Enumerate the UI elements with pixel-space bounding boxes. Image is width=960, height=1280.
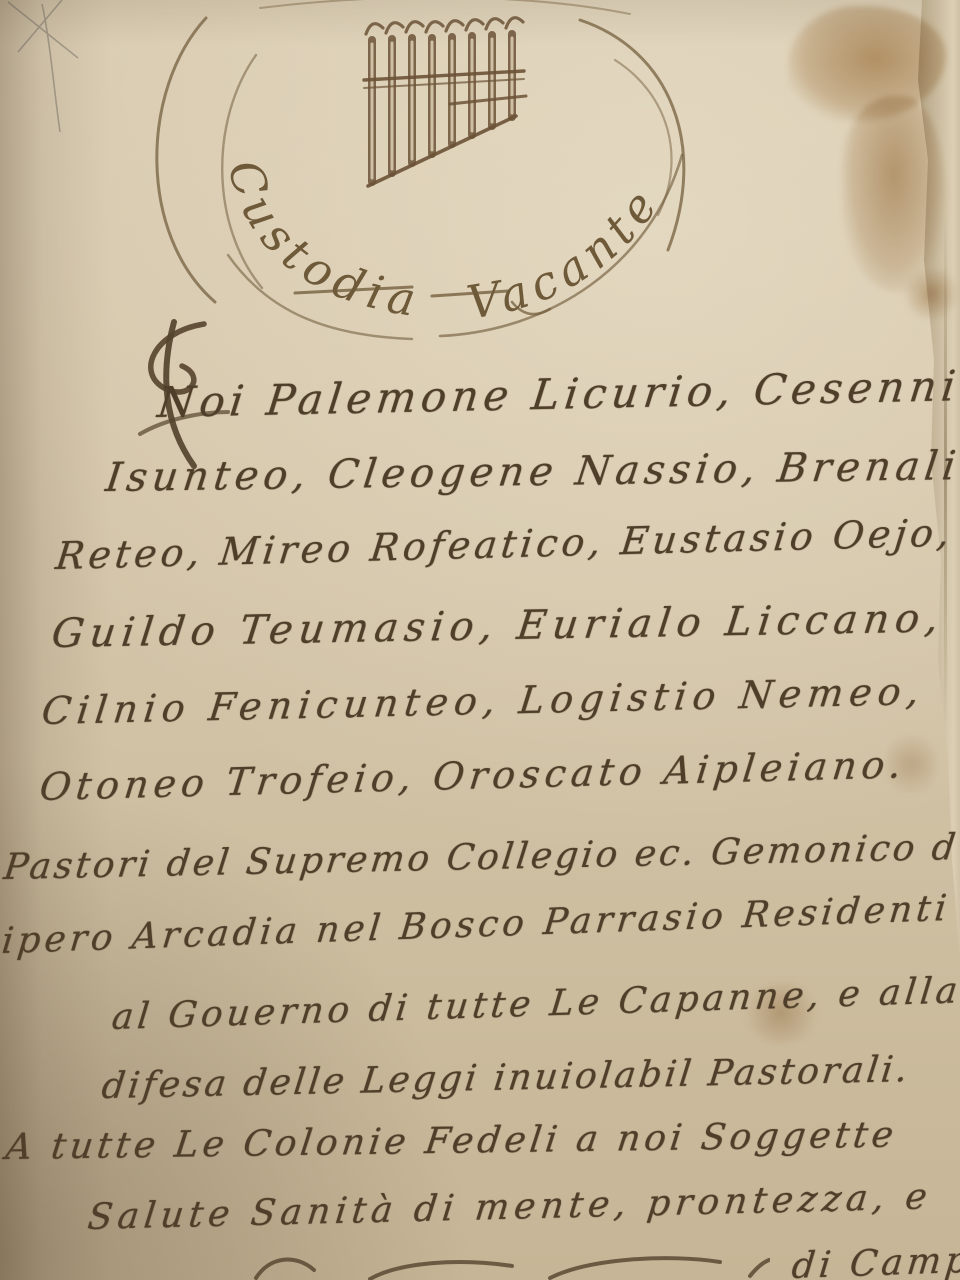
water-stain <box>903 268 960 320</box>
circle-flourish-top <box>260 0 630 14</box>
arcadia-emblem: Custodia Vacante <box>110 0 710 345</box>
pencil-marks <box>0 0 120 150</box>
manuscript-line-partial: di Campi <box>790 1239 960 1280</box>
manuscript-photo: Custodia Vacante Noi Palemone Licurio, C… <box>0 0 960 1280</box>
header-arc-text: Custodia <box>217 154 426 328</box>
cutoff-letter-strokes <box>250 1252 770 1280</box>
circle-flourish-left-outer <box>157 18 215 302</box>
pan-flute-icon <box>364 18 526 186</box>
svg-text:Vacante: Vacante <box>463 175 671 330</box>
water-stain <box>842 96 946 292</box>
